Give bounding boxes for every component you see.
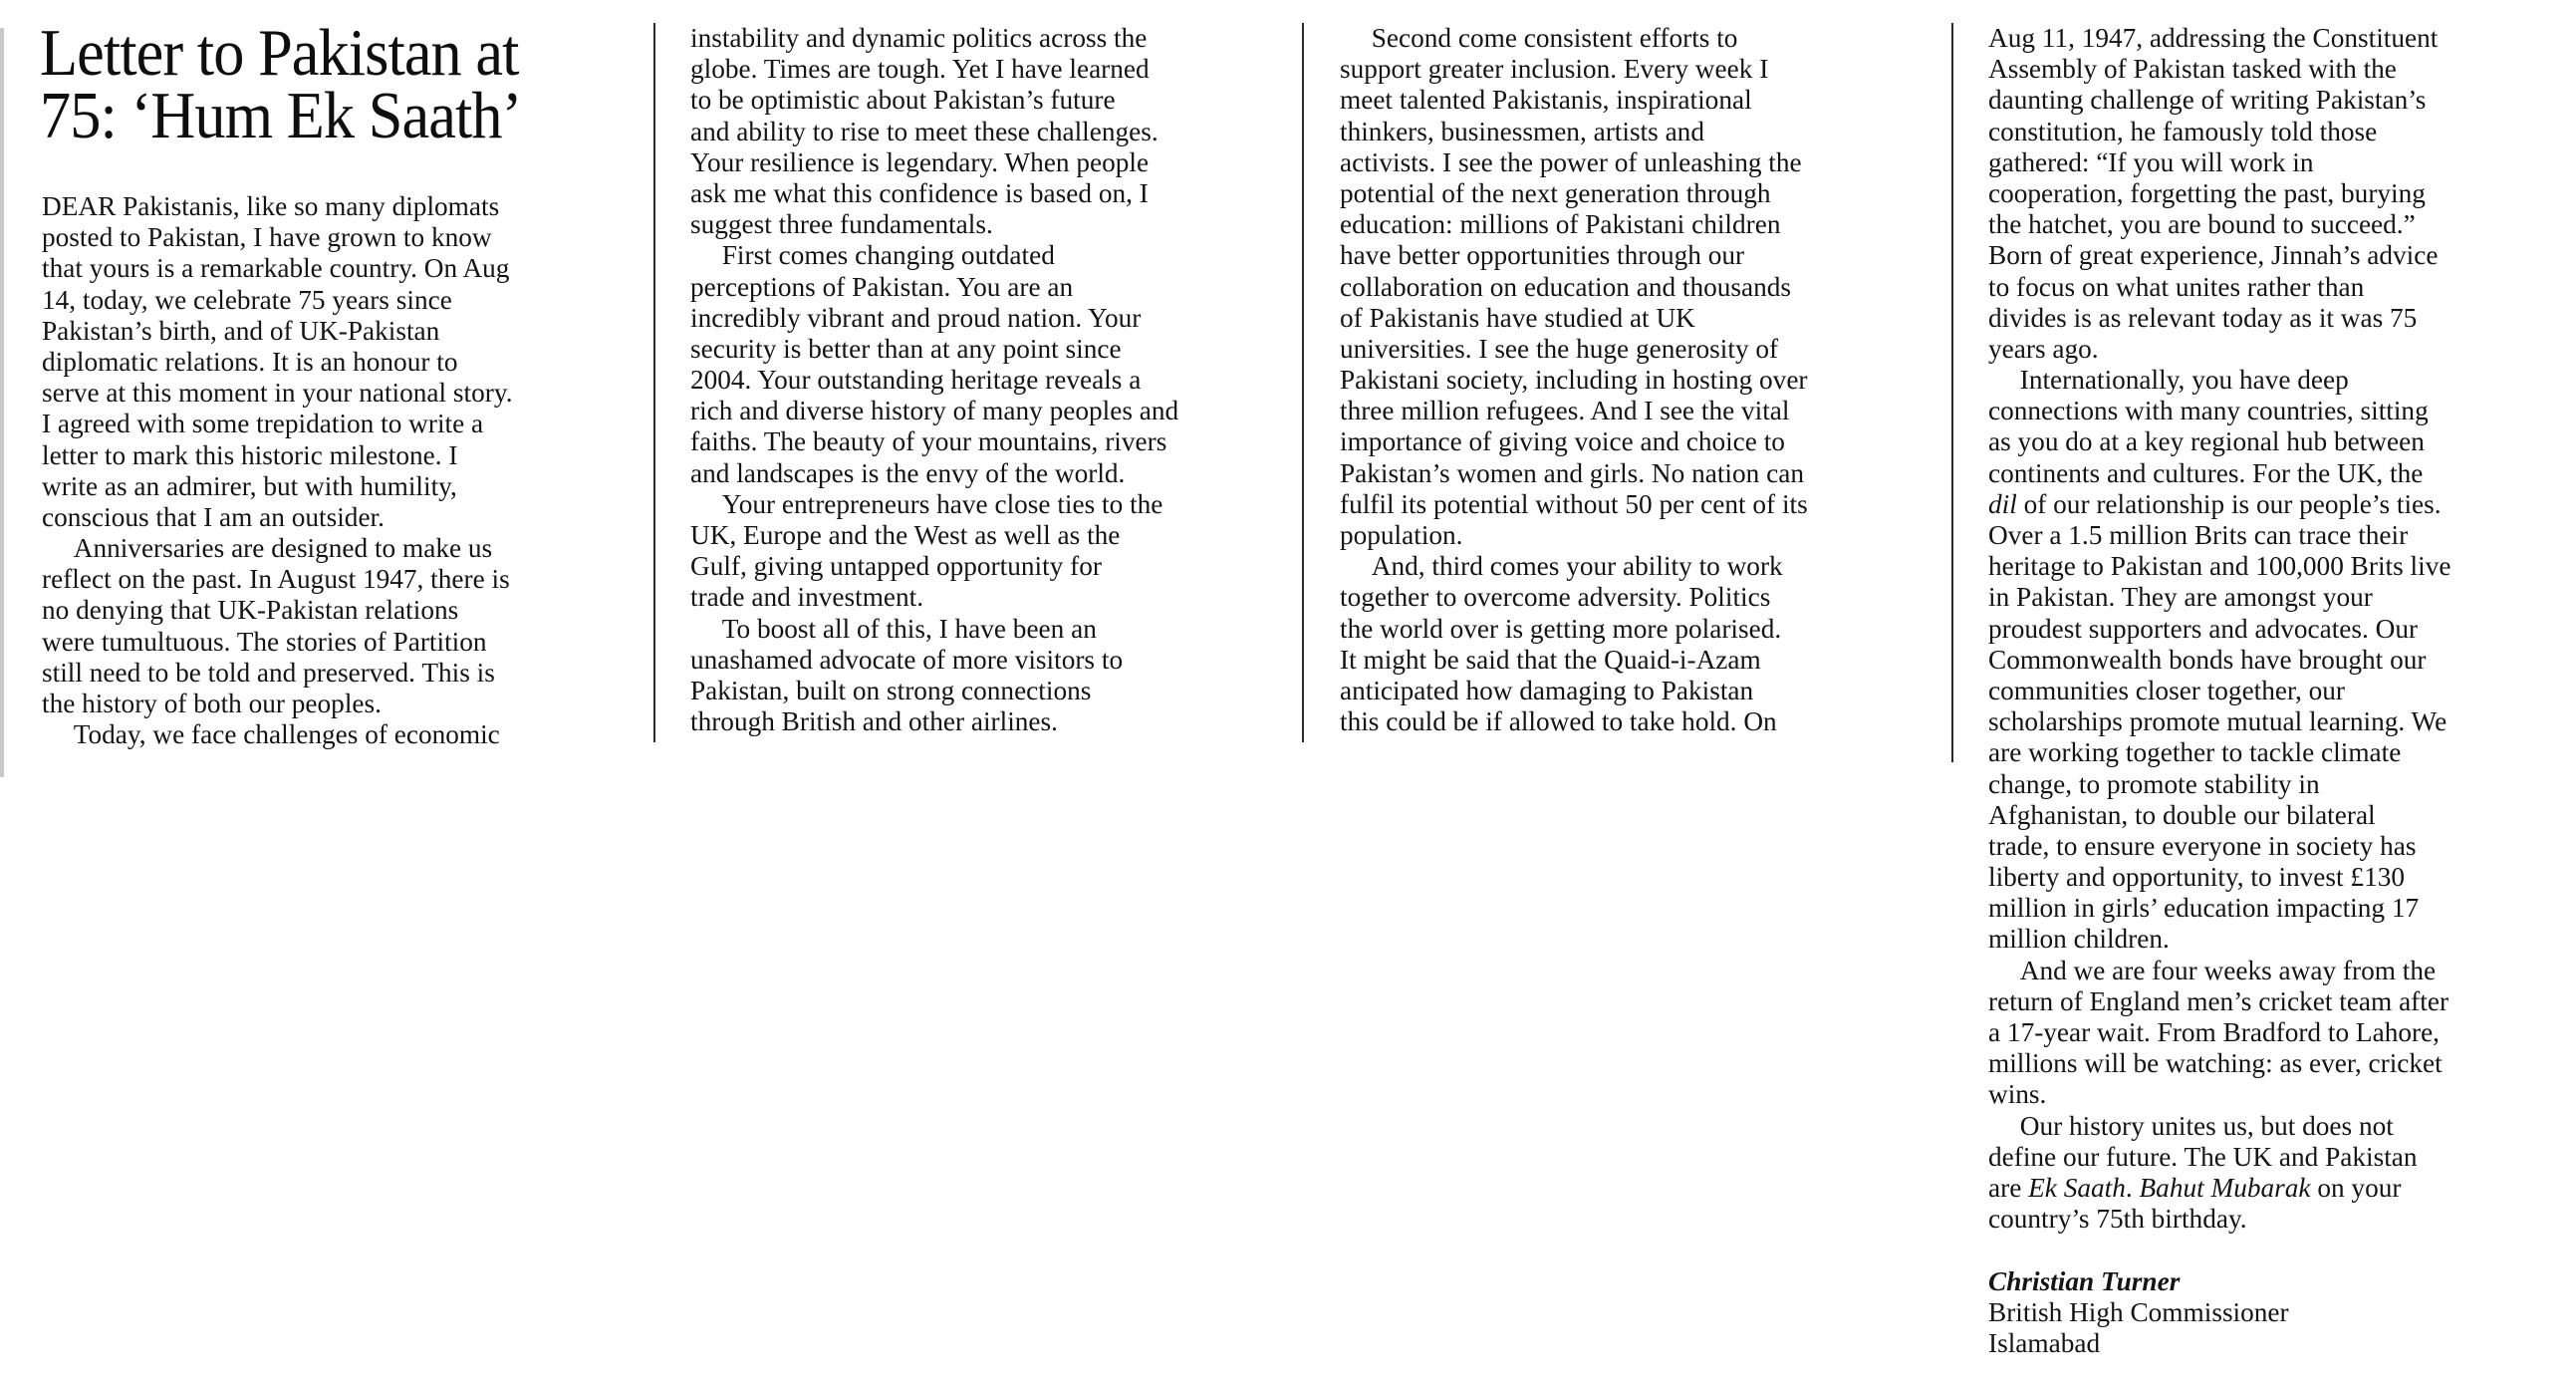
text-segment: have better opportunities through our — [1340, 239, 1744, 270]
text-segment: Over a 1.5 million Brits can trace their — [1988, 519, 2408, 550]
text-segment: conscious that I am an outsider. — [42, 501, 385, 532]
text-segment: unashamed advocate of more visitors to — [690, 644, 1123, 675]
text-line: scholarships promote mutual learning. We — [1988, 705, 2571, 736]
text-segment: instability and dynamic politics across … — [690, 22, 1147, 53]
text-segment: the world over is getting more polarised… — [1340, 613, 1781, 644]
text-segment: incredibly vibrant and proud nation. You… — [690, 302, 1141, 333]
text-segment: Your entrepreneurs have close ties to th… — [722, 488, 1163, 519]
text-segment: fulfil its potential without 50 per cent… — [1340, 488, 1808, 519]
text-segment: return of England men’s cricket team aft… — [1988, 985, 2448, 1016]
text-segment: perceptions of Pakistan. You are an — [690, 271, 1073, 302]
page-edge-shadow — [0, 28, 4, 777]
text-segment: together to overcome adversity. Politics — [1340, 581, 1770, 612]
text-segment: faiths. The beauty of your mountains, ri… — [690, 425, 1166, 456]
text-segment: and ability to rise to meet these challe… — [690, 116, 1159, 146]
text-line: security is better than at any point sin… — [690, 333, 1273, 364]
text-segment: I agreed with some trepidation to write … — [42, 408, 483, 438]
text-segment: Our history unites us, but does not — [2020, 1110, 2394, 1141]
text-segment: Second come consistent efforts to — [1372, 22, 1738, 53]
text-line: education: millions of Pakistani childre… — [1340, 208, 1923, 239]
text-line: Gulf, giving untapped opportunity for — [690, 550, 1273, 581]
text-segment: trade, to ensure everyone in society has — [1988, 830, 2417, 861]
text-segment: It might be said that the Quaid-i-Azam — [1340, 644, 1761, 675]
text-segment: And we are four weeks away from the — [2020, 955, 2436, 985]
text-segment: heritage to Pakistan and 100,000 Brits l… — [1988, 550, 2450, 581]
text-line: activists. I see the power of unleashing… — [1340, 146, 1923, 177]
text-line: are working together to tackle climate — [1988, 736, 2571, 767]
text-segment: to focus on what unites rather than — [1988, 271, 2364, 302]
text-line: liberty and opportunity, to invest £130 — [1988, 861, 2571, 892]
text-line: Born of great experience, Jinnah’s advic… — [1988, 239, 2571, 270]
text-line: I agreed with some trepidation to write … — [42, 408, 625, 438]
text-line: meet talented Pakistanis, inspirational — [1340, 84, 1923, 115]
text-segment: UK, Europe and the West as well as the — [690, 519, 1120, 550]
text-segment: activists. I see the power of unleashing… — [1340, 146, 1802, 177]
text-line: wins. — [1988, 1078, 2571, 1109]
text-line: in Pakistan. They are amongst your — [1988, 581, 2571, 612]
text-line: Pakistani society, including in hosting … — [1340, 364, 1923, 395]
text-segment: the hatchet, you are bound to succeed.” — [1988, 208, 2416, 239]
text-line: Commonwealth bonds have brought our — [1988, 644, 2571, 675]
text-segment: security is better than at any point sin… — [690, 333, 1122, 364]
text-line: years ago. — [1988, 333, 2571, 364]
text-line: proudest supporters and advocates. Our — [1988, 613, 2571, 644]
italic-phrase: Ek Saath — [2028, 1172, 2126, 1203]
text-line: of Pakistanis have studied at UK — [1340, 302, 1923, 333]
text-segment: scholarships promote mutual learning. We — [1988, 705, 2447, 736]
text-segment: million children. — [1988, 923, 2170, 954]
text-line: change, to promote stability in — [1988, 768, 2571, 799]
text-line: still need to be told and preserved. Thi… — [42, 657, 625, 688]
text-line: It might be said that the Quaid-i-Azam — [1340, 644, 1923, 675]
text-line: continents and cultures. For the UK, the — [1988, 457, 2571, 488]
text-segment: that yours is a remarkable country. On A… — [42, 252, 509, 283]
text-line: To boost all of this, I have been an — [690, 613, 1273, 644]
text-segment: Assembly of Pakistan tasked with the — [1988, 53, 2397, 84]
text-segment: Commonwealth bonds have brought our — [1988, 644, 2426, 675]
column-divider-2 — [1302, 23, 1304, 742]
text-segment: education: millions of Pakistani childre… — [1340, 208, 1780, 239]
text-line: letter to mark this historic milestone. … — [42, 439, 625, 470]
text-line: Internationally, you have deep — [1988, 364, 2571, 395]
text-segment: the history of both our peoples. — [42, 688, 382, 718]
text-segment: 2004. Your outstanding heritage reveals … — [690, 364, 1141, 395]
text-line: dil of our relationship is our people’s … — [1988, 488, 2571, 519]
text-segment: globe. Times are tough. Yet I have learn… — [690, 53, 1150, 84]
text-line: Christian Turner — [1988, 1265, 2571, 1296]
text-line: heritage to Pakistan and 100,000 Brits l… — [1988, 550, 2571, 581]
text-line: together to overcome adversity. Politics — [1340, 581, 1923, 612]
text-segment: to be optimistic about Pakistan’s future — [690, 84, 1116, 115]
text-segment: cooperation, forgetting the past, buryin… — [1988, 177, 2426, 208]
headline-line-1: Letter to Pakistan at — [40, 22, 596, 85]
text-segment: Gulf, giving untapped opportunity for — [690, 550, 1102, 581]
text-segment: DEAR Pakistanis, like so many diplomats — [42, 190, 499, 221]
text-segment: still need to be told and preserved. Thi… — [42, 657, 495, 688]
text-line: Anniversaries are designed to make us — [42, 532, 625, 563]
text-segment: Aug 11, 1947, addressing the Constituent — [1988, 22, 2438, 53]
text-segment: meet talented Pakistanis, inspirational — [1340, 84, 1752, 115]
text-line: define our future. The UK and Pakistan — [1988, 1141, 2571, 1172]
text-line: Our history unites us, but does not — [1988, 1110, 2571, 1141]
text-line: fulfil its potential without 50 per cent… — [1340, 488, 1923, 519]
column-divider-3 — [1951, 23, 1953, 762]
text-segment: Pakistani society, including in hosting … — [1340, 364, 1808, 395]
text-line: are Ek Saath. Bahut Mubarak on your — [1988, 1172, 2571, 1203]
text-segment: 14, today, we celebrate 75 years since — [42, 284, 452, 315]
text-line: population. — [1340, 519, 1923, 550]
text-segment: trade and investment. — [690, 581, 923, 612]
text-segment: Anniversaries are designed to make us — [74, 532, 492, 563]
text-segment: and landscapes is the envy of the world. — [690, 457, 1125, 488]
text-line: to focus on what unites rather than — [1988, 271, 2571, 302]
italic-phrase: Bahut Mubarak — [2140, 1172, 2311, 1203]
text-segment: daunting challenge of writing Pakistan’s — [1988, 84, 2426, 115]
text-segment: universities. I see the huge generosity … — [1340, 333, 1778, 364]
text-line: gathered: “If you will work in — [1988, 146, 2571, 177]
text-line: million in girls’ education impacting 17 — [1988, 892, 2571, 923]
text-segment: constitution, he famously told those — [1988, 116, 2377, 146]
text-segment: ask me what this confidence is based on,… — [690, 177, 1149, 208]
text-line: Today, we face challenges of economic — [42, 718, 625, 749]
text-segment: Pakistan, built on strong connections — [690, 675, 1091, 705]
text-line: return of England men’s cricket team aft… — [1988, 985, 2571, 1016]
text-segment: as you do at a key regional hub between — [1988, 425, 2425, 456]
text-line: were tumultuous. The stories of Partitio… — [42, 626, 625, 657]
text-segment: collaboration on education and thousands — [1340, 271, 1791, 302]
text-segment: support greater inclusion. Every week I — [1340, 53, 1768, 84]
text-segment: potential of the next generation through — [1340, 177, 1771, 208]
text-segment: Today, we face challenges of economic — [74, 718, 500, 749]
text-line: diplomatic relations. It is an honour to — [42, 346, 625, 377]
text-segment: of Pakistanis have studied at UK — [1340, 302, 1695, 333]
text-segment: anticipated how damaging to Pakistan — [1340, 675, 1753, 705]
column-divider-1 — [653, 23, 655, 742]
text-line: posted to Pakistan, I have grown to know — [42, 221, 625, 252]
text-line: suggest three fundamentals. — [690, 208, 1273, 239]
text-line: the world over is getting more polarised… — [1340, 613, 1923, 644]
text-line: connections with many countries, sitting — [1988, 395, 2571, 425]
article-headline: Letter to Pakistan at 75: ‘Hum Ek Saath’ — [40, 22, 596, 147]
headline-line-2: 75: ‘Hum Ek Saath’ — [40, 85, 596, 147]
text-line: incredibly vibrant and proud nation. You… — [690, 302, 1273, 333]
text-line: Pakistan, built on strong connections — [690, 675, 1273, 705]
text-line: 14, today, we celebrate 75 years since — [42, 284, 625, 315]
text-line: unashamed advocate of more visitors to — [690, 644, 1273, 675]
text-line: trade, to ensure everyone in society has — [1988, 830, 2571, 861]
text-segment: this could be if allowed to take hold. O… — [1340, 705, 1777, 736]
text-segment: proudest supporters and advocates. Our — [1988, 613, 2418, 644]
text-line: constitution, he famously told those — [1988, 116, 2571, 146]
text-segment: were tumultuous. The stories of Partitio… — [42, 626, 487, 657]
text-line: to be optimistic about Pakistan’s future — [690, 84, 1273, 115]
text-segment: a 17-year wait. From Bradford to Lahore, — [1988, 1016, 2440, 1047]
text-line: no denying that UK-Pakistan relations — [42, 594, 625, 625]
text-segment: population. — [1340, 519, 1463, 550]
text-segment: Your resilience is legendary. When peopl… — [690, 146, 1149, 177]
text-line: globe. Times are tough. Yet I have learn… — [690, 53, 1273, 84]
text-line: Over a 1.5 million Brits can trace their — [1988, 519, 2571, 550]
text-line: And we are four weeks away from the — [1988, 955, 2571, 985]
text-segment: . — [2126, 1172, 2140, 1203]
text-line: UK, Europe and the West as well as the — [690, 519, 1273, 550]
text-segment: Pakistan’s birth, and of UK-Pakistan — [42, 315, 439, 346]
text-segment: letter to mark this historic milestone. … — [42, 439, 457, 470]
text-segment: millions will be watching: as ever, cric… — [1988, 1047, 2443, 1078]
text-line: communities closer together, our — [1988, 675, 2571, 705]
text-line: Second come consistent efforts to — [1340, 22, 1923, 53]
text-line: potential of the next generation through — [1340, 177, 1923, 208]
text-segment: serve at this moment in your national st… — [42, 377, 513, 408]
text-segment: write as an admirer, but with humility, — [42, 470, 457, 501]
text-segment: gathered: “If you will work in — [1988, 146, 2314, 177]
text-line: and ability to rise to meet these challe… — [690, 116, 1273, 146]
text-line: universities. I see the huge generosity … — [1340, 333, 1923, 364]
text-line: reflect on the past. In August 1947, the… — [42, 563, 625, 594]
text-line: million children. — [1988, 923, 2571, 954]
text-line: instability and dynamic politics across … — [690, 22, 1273, 53]
text-line: rich and diverse history of many peoples… — [690, 395, 1273, 425]
text-segment: communities closer together, our — [1988, 675, 2345, 705]
text-line: 2004. Your outstanding heritage reveals … — [690, 364, 1273, 395]
text-segment: rich and diverse history of many peoples… — [690, 395, 1178, 425]
text-line: conscious that I am an outsider. — [42, 501, 625, 532]
text-line: serve at this moment in your national st… — [42, 377, 625, 408]
text-line: through British and other airlines. — [690, 705, 1273, 736]
article-column-4: Aug 11, 1947, addressing the Constituent… — [1988, 22, 2576, 1358]
text-line: perceptions of Pakistan. You are an — [690, 271, 1273, 302]
text-line: that yours is a remarkable country. On A… — [42, 252, 625, 283]
text-line: anticipated how damaging to Pakistan — [1340, 675, 1923, 705]
text-line: millions will be watching: as ever, cric… — [1988, 1047, 2571, 1078]
text-segment: country’s 75th birthday. — [1988, 1203, 2247, 1234]
text-segment: wins. — [1988, 1078, 2046, 1109]
text-line: Pakistan’s birth, and of UK-Pakistan — [42, 315, 625, 346]
text-segment: suggest three fundamentals. — [690, 208, 993, 239]
text-segment: change, to promote stability in — [1988, 768, 2320, 799]
text-line: Your entrepreneurs have close ties to th… — [690, 488, 1273, 519]
text-segment: connections with many countries, sitting — [1988, 395, 2429, 425]
article-column-1: DEAR Pakistanis, like so many diplomatsp… — [42, 190, 630, 749]
text-line: three million refugees. And I see the vi… — [1340, 395, 1923, 425]
text-line: DEAR Pakistanis, like so many diplomats — [42, 190, 625, 221]
text-segment: years ago. — [1988, 333, 2099, 364]
text-line: Aug 11, 1947, addressing the Constituent — [1988, 22, 2571, 53]
text-line: And, third comes your ability to work — [1340, 550, 1923, 581]
text-line: collaboration on education and thousands — [1340, 271, 1923, 302]
text-segment: of our relationship is our people’s ties… — [2017, 488, 2442, 519]
text-segment: Islamabad — [1988, 1327, 2100, 1358]
text-line: British High Commissioner — [1988, 1296, 2571, 1327]
text-line: write as an admirer, but with humility, — [42, 470, 625, 501]
text-line: support greater inclusion. Every week I — [1340, 53, 1923, 84]
text-segment: importance of giving voice and choice to — [1340, 425, 1785, 456]
text-line: Islamabad — [1988, 1327, 2571, 1358]
text-line: the history of both our peoples. — [42, 688, 625, 718]
text-segment: To boost all of this, I have been an — [722, 613, 1097, 644]
article-column-2: instability and dynamic politics across … — [690, 22, 1278, 736]
text-segment: liberty and opportunity, to invest £130 — [1988, 861, 2405, 892]
text-segment: Pakistan’s women and girls. No nation ca… — [1340, 457, 1804, 488]
text-segment: on your — [2311, 1172, 2402, 1203]
text-segment: three million refugees. And I see the vi… — [1340, 395, 1789, 425]
text-line: this could be if allowed to take hold. O… — [1340, 705, 1923, 736]
text-line: thinkers, businessmen, artists and — [1340, 116, 1923, 146]
text-line: divides is as relevant today as it was 7… — [1988, 302, 2571, 333]
text-line: as you do at a key regional hub between — [1988, 425, 2571, 456]
text-segment: through British and other airlines. — [690, 705, 1058, 736]
text-segment: British High Commissioner — [1988, 1296, 2289, 1327]
text-segment: divides is as relevant today as it was 7… — [1988, 302, 2417, 333]
text-line: have better opportunities through our — [1340, 239, 1923, 270]
text-segment: posted to Pakistan, I have grown to know — [42, 221, 492, 252]
text-line: First comes changing outdated — [690, 239, 1273, 270]
text-line: Your resilience is legendary. When peopl… — [690, 146, 1273, 177]
text-line: cooperation, forgetting the past, buryin… — [1988, 177, 2571, 208]
text-segment: in Pakistan. They are amongst your — [1988, 581, 2373, 612]
text-segment: million in girls’ education impacting 17 — [1988, 892, 2419, 923]
text-line: a 17-year wait. From Bradford to Lahore, — [1988, 1016, 2571, 1047]
text-line: country’s 75th birthday. — [1988, 1203, 2571, 1234]
text-segment: And, third comes your ability to work — [1372, 550, 1783, 581]
text-line: daunting challenge of writing Pakistan’s — [1988, 84, 2571, 115]
text-segment: define our future. The UK and Pakistan — [1988, 1141, 2418, 1172]
text-segment: diplomatic relations. It is an honour to — [42, 346, 457, 377]
text-segment: no denying that UK-Pakistan relations — [42, 594, 458, 625]
text-segment: are working together to tackle climate — [1988, 736, 2401, 767]
text-segment: Born of great experience, Jinnah’s advic… — [1988, 239, 2438, 270]
italic-phrase: dil — [1988, 488, 2017, 519]
text-segment: Afghanistan, to double our bilateral — [1988, 799, 2376, 830]
text-segment: thinkers, businessmen, artists and — [1340, 116, 1704, 146]
text-line: Assembly of Pakistan tasked with the — [1988, 53, 2571, 84]
text-segment: First comes changing outdated — [722, 239, 1055, 270]
text-line: and landscapes is the envy of the world. — [690, 457, 1273, 488]
text-line: trade and investment. — [690, 581, 1273, 612]
author-name: Christian Turner — [1988, 1265, 2180, 1296]
article-column-3: Second come consistent efforts tosupport… — [1340, 22, 1928, 736]
text-segment: are — [1988, 1172, 2028, 1203]
spacer — [1988, 1234, 2571, 1264]
text-line: faiths. The beauty of your mountains, ri… — [690, 425, 1273, 456]
text-line: ask me what this confidence is based on,… — [690, 177, 1273, 208]
text-segment: reflect on the past. In August 1947, the… — [42, 563, 510, 594]
text-line: Afghanistan, to double our bilateral — [1988, 799, 2571, 830]
text-segment: continents and cultures. For the UK, the — [1988, 457, 2423, 488]
text-line: importance of giving voice and choice to — [1340, 425, 1923, 456]
text-segment: Internationally, you have deep — [2020, 364, 2349, 395]
text-line: the hatchet, you are bound to succeed.” — [1988, 208, 2571, 239]
text-line: Pakistan’s women and girls. No nation ca… — [1340, 457, 1923, 488]
